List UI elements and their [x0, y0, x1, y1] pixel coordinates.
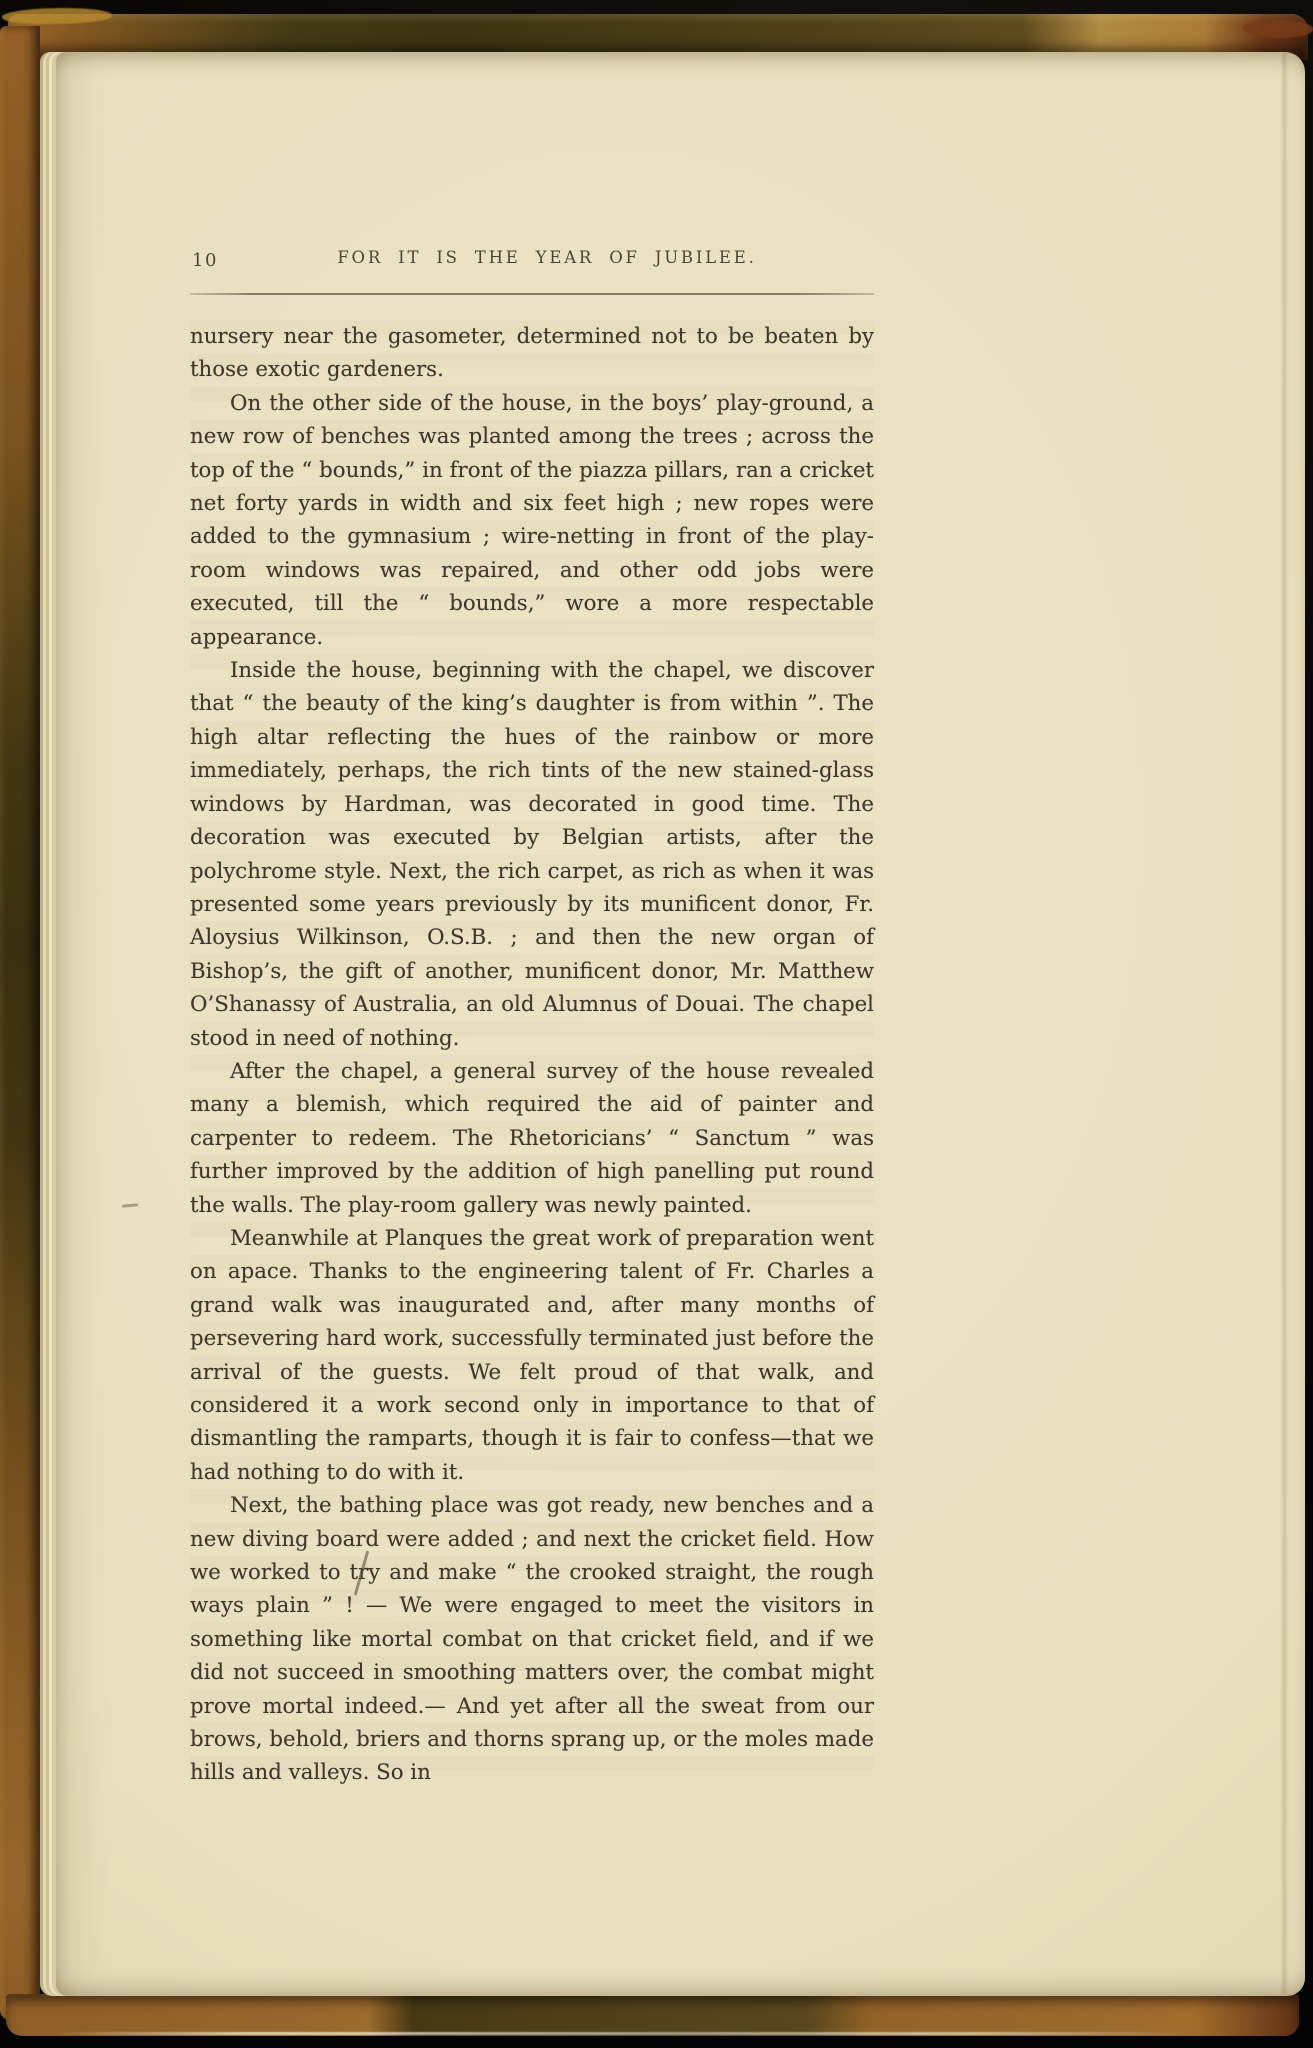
page-content: 10 FOR IT IS THE YEAR OF JUBILEE. nurser…	[190, 52, 874, 1790]
paragraph: After the chapel, a general survey of th…	[190, 1055, 874, 1222]
pencil-margin-mark	[122, 1203, 138, 1207]
body-text: nursery near the gasometer, determined n…	[190, 320, 874, 1790]
paragraph: Inside the house, beginning with the cha…	[190, 654, 874, 1055]
paragraph: nursery near the gasometer, determined n…	[190, 320, 874, 387]
page-number: 10	[192, 250, 218, 271]
paragraph: Next, the bathing place was got ready, n…	[190, 1489, 874, 1790]
paragraph: Meanwhile at Planques the great work of …	[190, 1222, 874, 1489]
paragraph: On the other side of the house, in the b…	[190, 387, 874, 654]
header-rule	[190, 293, 874, 295]
scanned-book-photo: 10 FOR IT IS THE YEAR OF JUBILEE. nurser…	[0, 0, 1313, 2048]
running-title: FOR IT IS THE YEAR OF JUBILEE.	[190, 248, 874, 267]
book-cover-bottom-edge	[6, 1994, 1299, 2036]
book-spine-left-edge	[0, 26, 40, 2020]
page-header: 10 FOR IT IS THE YEAR OF JUBILEE.	[190, 248, 874, 278]
book-page: 10 FOR IT IS THE YEAR OF JUBILEE. nurser…	[56, 52, 1305, 1996]
